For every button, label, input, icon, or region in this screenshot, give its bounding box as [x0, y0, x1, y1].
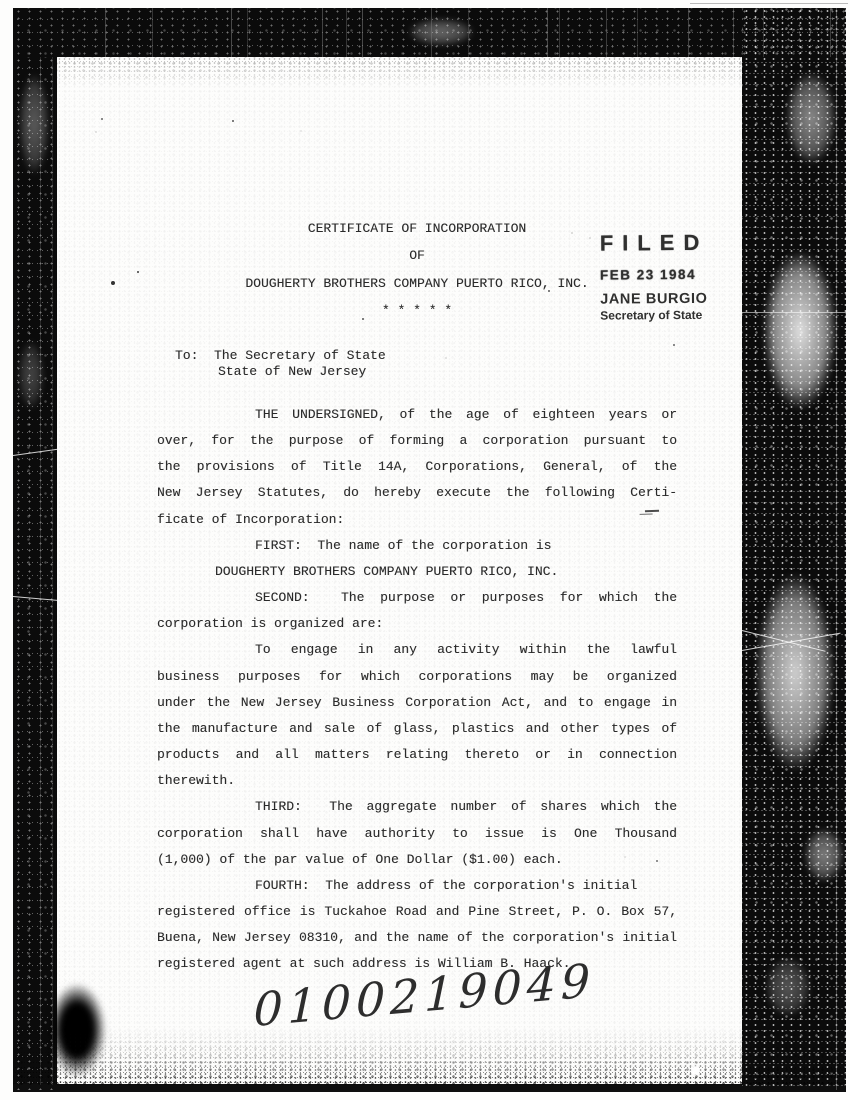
body-line-third-article: THIRD: The aggregate number of shares wh…	[157, 794, 677, 820]
white-blotch	[744, 545, 846, 800]
body-line: the provisions of Title 14A, Corporation…	[157, 454, 677, 480]
edge-noise-top	[57, 57, 742, 87]
document-body: THE UNDERSIGNED, of the age of eighteen …	[157, 402, 677, 977]
stamp-date: FEB 23 1984	[600, 266, 770, 282]
body-line: New Jersey Statutes, do hereby execute t…	[157, 480, 677, 506]
body-line: (1,000) of the par value of One Dollar (…	[157, 847, 677, 873]
body-line-first-article: FIRST: The name of the corporation is	[157, 533, 677, 559]
body-line: corporation shall have authority to issu…	[157, 821, 677, 847]
addressee-line-1: To: The Secretary of State	[175, 348, 386, 364]
body-line: business purposes for which corporations…	[157, 664, 677, 690]
addressee-line-2: State of New Jersey	[175, 364, 386, 380]
body-line: corporation is organized are:	[157, 611, 677, 637]
stamp-officer-title: Secretary of State	[600, 307, 770, 322]
black-blotch	[48, 983, 106, 1077]
body-line-second-article: SECOND: The purpose or purposes for whic…	[157, 585, 677, 611]
scratch-line	[690, 3, 848, 4]
scan-border-bottom	[13, 1084, 846, 1092]
white-dot-artifact	[691, 1066, 700, 1075]
body-line: products and all matters relating theret…	[157, 742, 677, 768]
white-blotch	[798, 820, 850, 890]
white-blotch	[14, 330, 48, 420]
body-line-company-name: DOUGHERTY BROTHERS COMPANY PUERTO RICO, …	[157, 559, 677, 585]
stamp-filed-text: FILED	[600, 229, 770, 256]
body-line: ficate of Incorporation:	[157, 507, 677, 533]
dust-specks	[0, 0, 2, 2]
body-line: To engage in any activity within the law…	[157, 637, 677, 663]
addressee-block: To: The Secretary of State State of New …	[175, 348, 386, 379]
white-blotch	[758, 948, 818, 1026]
body-line: Buena, New Jersey 08310, and the name of…	[157, 925, 677, 951]
body-line: the manufacture and sale of glass, plast…	[157, 716, 677, 742]
scanner-streak-lines	[40, 57, 41, 1085]
stamp-officer-name: JANE BURGIO	[600, 290, 770, 307]
body-line-fourth-article: FOURTH: The address of the corporation's…	[157, 873, 677, 899]
body-line: registered office is Tuckahoe Road and P…	[157, 899, 677, 925]
body-line: THE UNDERSIGNED, of the age of eighteen …	[157, 402, 677, 428]
body-line: therewith.	[157, 768, 677, 794]
scanner-streak-lines	[105, 8, 106, 57]
scanner-streak-line	[836, 8, 837, 1090]
white-blotch	[398, 14, 484, 50]
filed-stamp: FILED FEB 23 1984 JANE BURGIO Secretary …	[600, 229, 771, 322]
edge-noise-bottom	[13, 1028, 846, 1086]
white-blotch	[14, 58, 54, 190]
white-blotch	[778, 58, 844, 178]
body-line: under the New Jersey Business Corporatio…	[157, 690, 677, 716]
title-line-asterisks: * * * * *	[157, 297, 677, 324]
scanned-document-page: CERTIFICATE OF INCORPORATION OF DOUGHERT…	[0, 0, 850, 1100]
body-line: over, for the purpose of forming a corpo…	[157, 428, 677, 454]
